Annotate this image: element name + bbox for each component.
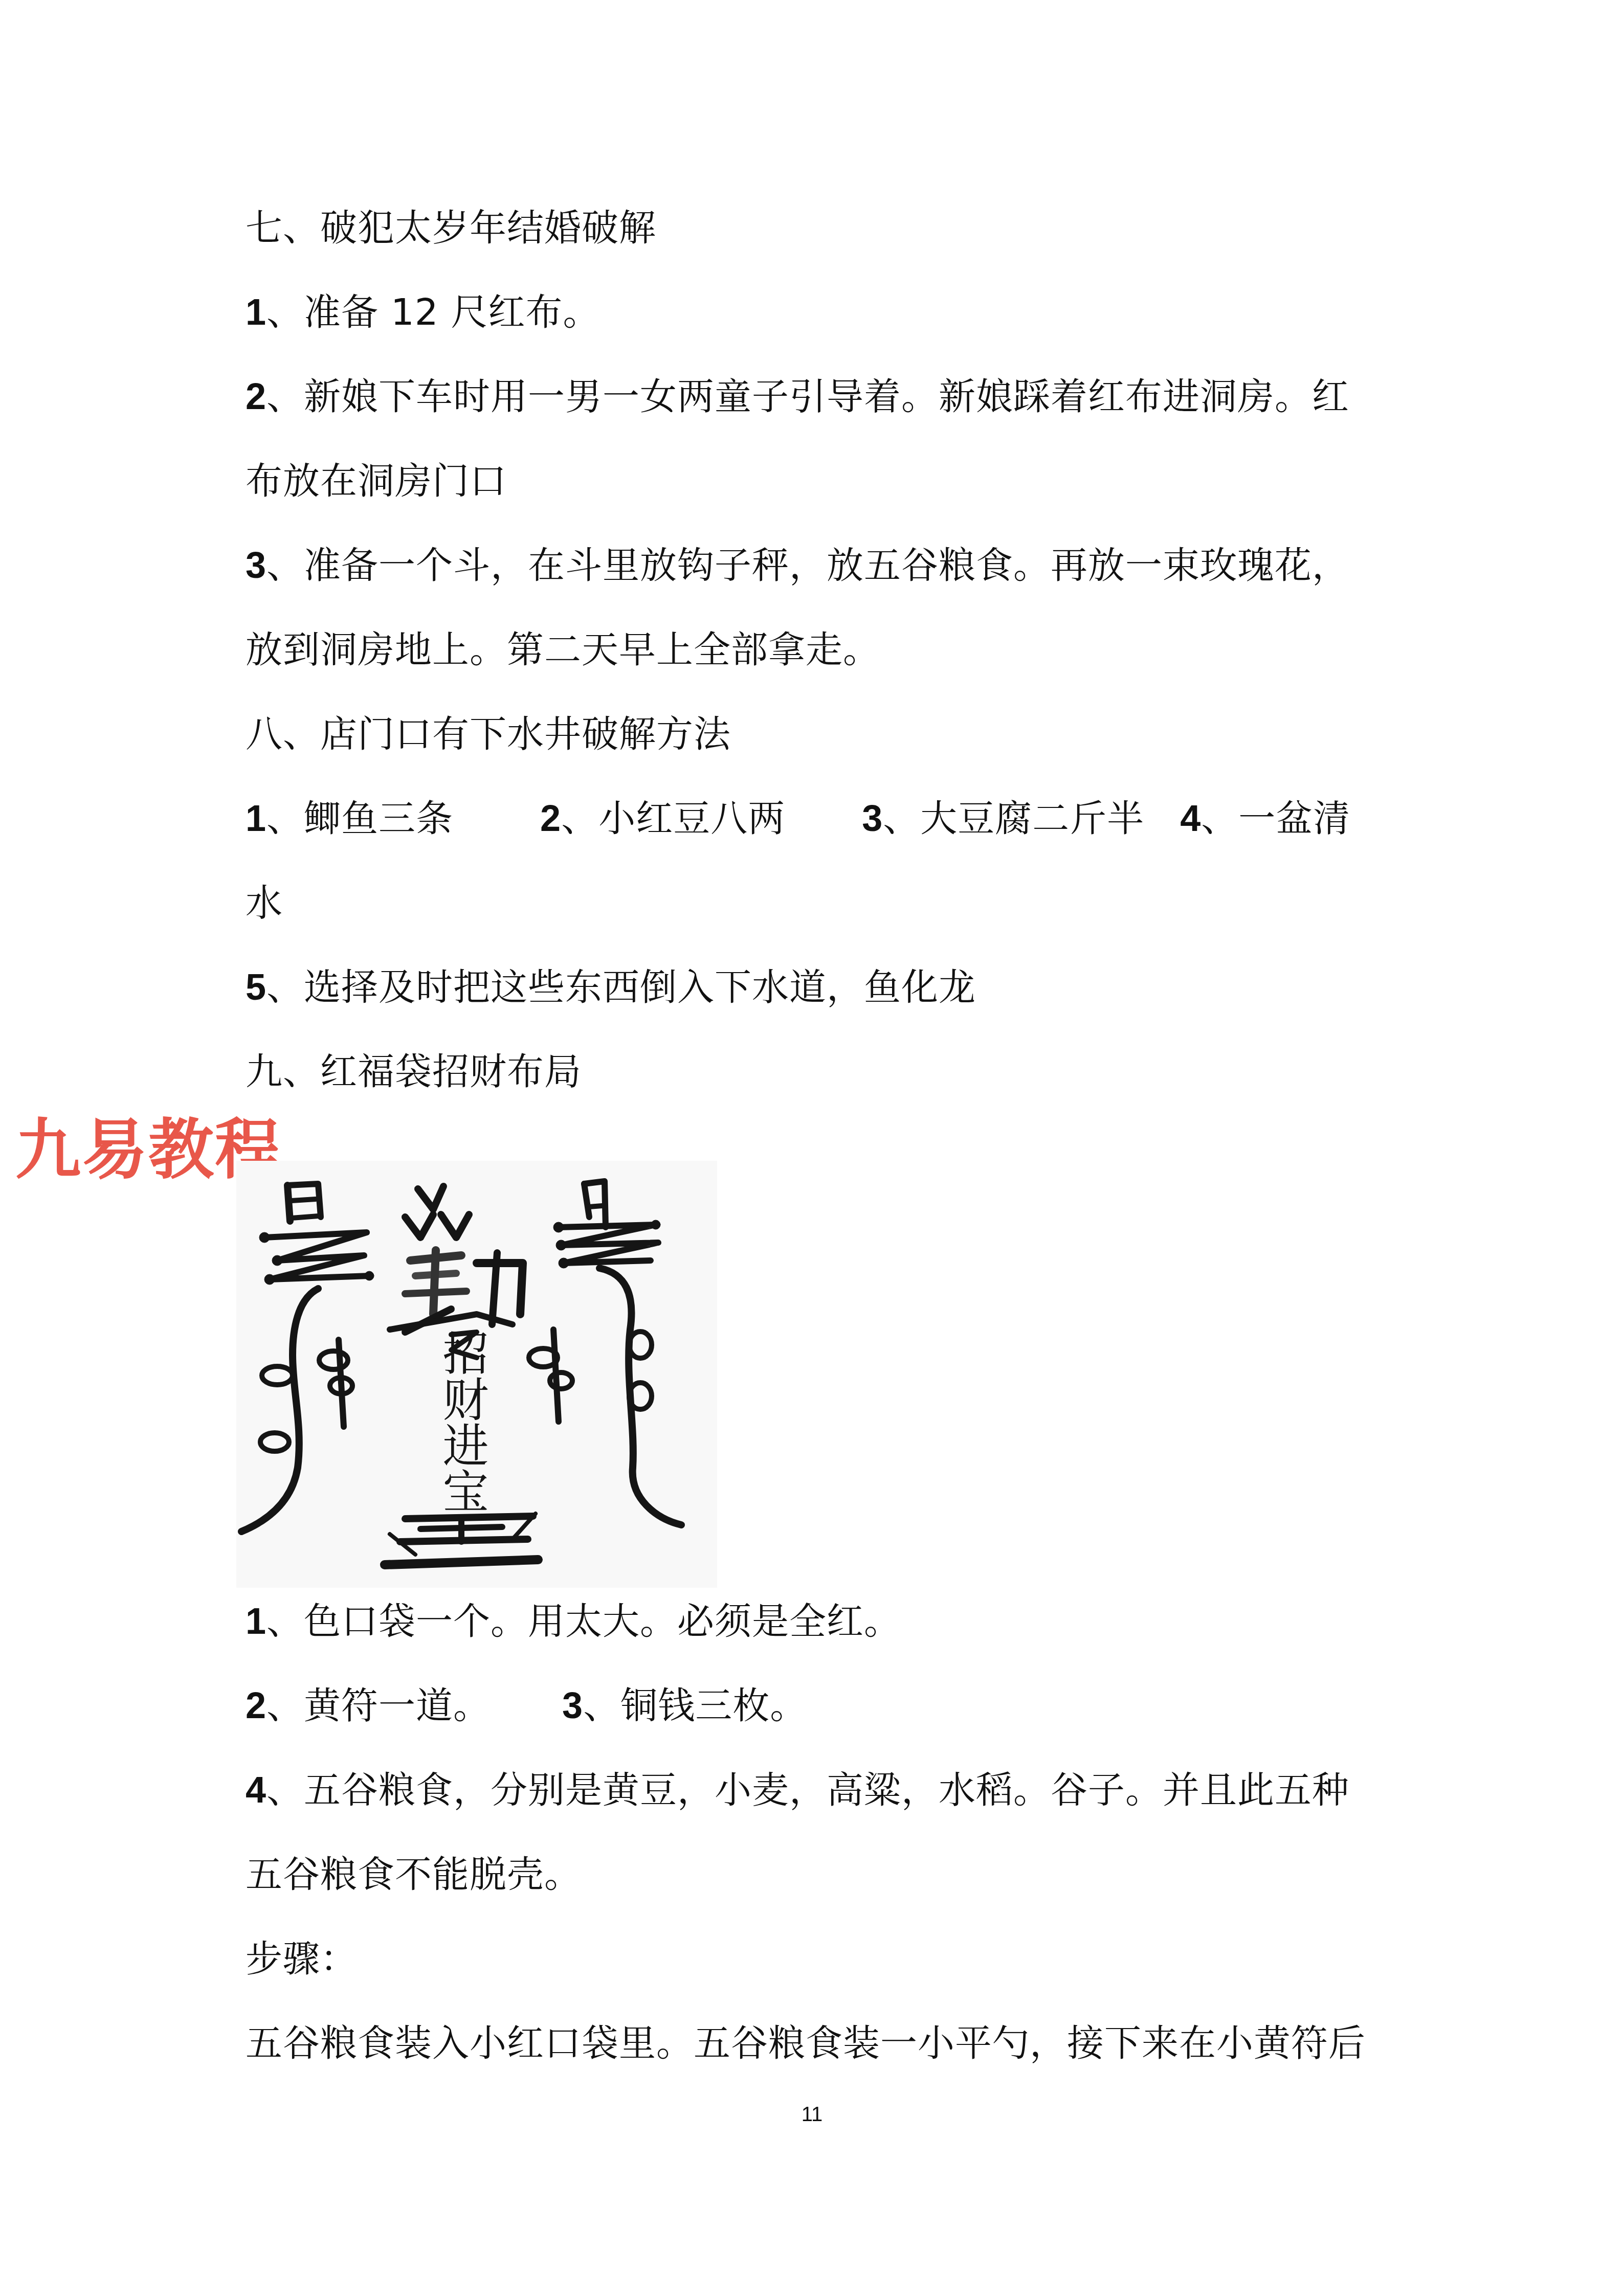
item-text: 选择及时把这些东西倒入下水道，鱼化龙 — [304, 965, 976, 1008]
section-heading-nine: 九、红福袋招财布局 — [246, 1048, 1381, 1094]
item-number: 3 — [246, 545, 266, 586]
item-text: 放到洞房地上。第二天早上全部拿走。 — [246, 628, 880, 671]
item-separator: 、 — [266, 1768, 304, 1811]
list-item: 1、准备 12 尺红布。 — [246, 289, 1381, 335]
list-item: 1、色口袋一个。用太大。必须是全红。 — [246, 1598, 1381, 1645]
item-separator: 、 — [266, 544, 304, 587]
talisman-drawing: 招财进宝 — [236, 1161, 717, 1588]
item-number: 4 — [1180, 798, 1201, 839]
steps-label-text: 步骤： — [246, 1937, 358, 1980]
steps-paragraph: 五谷粮食装入小红口袋里。五谷粮食装一小平勺，接下来在小黄符后 — [246, 2020, 1381, 2066]
list-item-continuation: 水 — [246, 880, 1381, 926]
list-item: 5、选择及时把这些东西倒入下水道，鱼化龙 — [246, 964, 1381, 1010]
item-number: 2 — [540, 798, 561, 839]
item-text: 五谷粮食，分别是黄豆，小麦，高粱，水稻。谷子。并且此五种 — [304, 1768, 1349, 1811]
list-item-continuation: 放到洞房地上。第二天早上全部拿走。 — [246, 626, 1381, 672]
item-text: 大豆腐二斤半 — [920, 797, 1144, 840]
item-text: 准备一个斗，在斗里放钩子秤，放五谷粮食。再放一束玫瑰花， — [304, 544, 1349, 587]
item-number: 1 — [246, 292, 266, 333]
list-item-row: 1、鲫鱼三条2、小红豆八两3、大豆腐二斤半4、一盆清 — [246, 795, 1381, 842]
list-item: 3、准备一个斗，在斗里放钩子秤，放五谷粮食。再放一束玫瑰花， — [246, 542, 1381, 589]
svg-text:招财进宝: 招财进宝 — [435, 1330, 488, 1514]
item-separator: 、 — [266, 1600, 304, 1642]
item-text: 铜钱三枚。 — [620, 1684, 807, 1727]
section-heading-seven: 七、破犯太岁年结婚破解 — [246, 205, 1381, 251]
page-number: 11 — [0, 2102, 1624, 2127]
item-separator: 、 — [266, 290, 304, 333]
list-item-continuation: 布放在洞房门口 — [246, 458, 1381, 504]
heading-text: 八、店门口有下水井破解方法 — [246, 712, 731, 755]
item-text: 鲫鱼三条 — [304, 797, 453, 840]
item-separator: 、 — [583, 1684, 620, 1727]
list-item-row: 2、黄符一道。3、铜钱三枚。 — [246, 1682, 1381, 1729]
item-separator: 、 — [266, 1684, 304, 1727]
item-number: 3 — [862, 798, 883, 839]
section-heading-eight: 八、店门口有下水井破解方法 — [246, 711, 1381, 757]
item-text: 一盆清 — [1238, 797, 1350, 840]
heading-text: 九、红福袋招财布局 — [246, 1050, 582, 1093]
item-number: 4 — [246, 1770, 266, 1811]
item-text: 准备 12 尺红布。 — [304, 290, 600, 333]
item-number: 1 — [246, 798, 266, 839]
item-text: 新娘下车时用一男一女两童子引导着。新娘踩着红布进洞房。红 — [304, 375, 1349, 418]
item-number: 2 — [246, 376, 266, 417]
item-text: 黄符一道。 — [304, 1684, 491, 1727]
steps-label: 步骤： — [246, 1935, 1381, 1982]
list-item: 4、五谷粮食，分别是黄豆，小麦，高粱，水稻。谷子。并且此五种 — [246, 1767, 1381, 1813]
item-separator: 、 — [883, 797, 920, 840]
item-separator: 、 — [1201, 797, 1238, 840]
item-number: 2 — [246, 1685, 266, 1726]
list-item-continuation: 五谷粮食不能脱壳。 — [246, 1851, 1381, 1897]
item-text: 小红豆八两 — [598, 797, 785, 840]
item-separator: 、 — [266, 965, 304, 1008]
item-separator: 、 — [266, 797, 304, 840]
document-page: 七、破犯太岁年结婚破解 1、准备 12 尺红布。 2、新娘下车时用一男一女两童子… — [0, 0, 1624, 2296]
item-number: 5 — [246, 967, 266, 1008]
item-separator: 、 — [266, 375, 304, 418]
item-number: 3 — [562, 1685, 583, 1726]
talisman-image: 招财进宝 — [236, 1161, 717, 1588]
item-text: 布放在洞房门口 — [246, 459, 507, 502]
item-separator: 、 — [561, 797, 598, 840]
heading-text: 七、破犯太岁年结婚破解 — [246, 206, 656, 249]
steps-text: 五谷粮食装入小红口袋里。五谷粮食装一小平勺，接下来在小黄符后 — [246, 2021, 1366, 2064]
item-text: 水 — [246, 881, 283, 924]
item-number: 1 — [246, 1601, 266, 1642]
item-text: 五谷粮食不能脱壳。 — [246, 1853, 582, 1896]
list-item: 2、新娘下车时用一男一女两童子引导着。新娘踩着红布进洞房。红 — [246, 373, 1381, 420]
item-text: 色口袋一个。用太大。必须是全红。 — [304, 1600, 901, 1642]
